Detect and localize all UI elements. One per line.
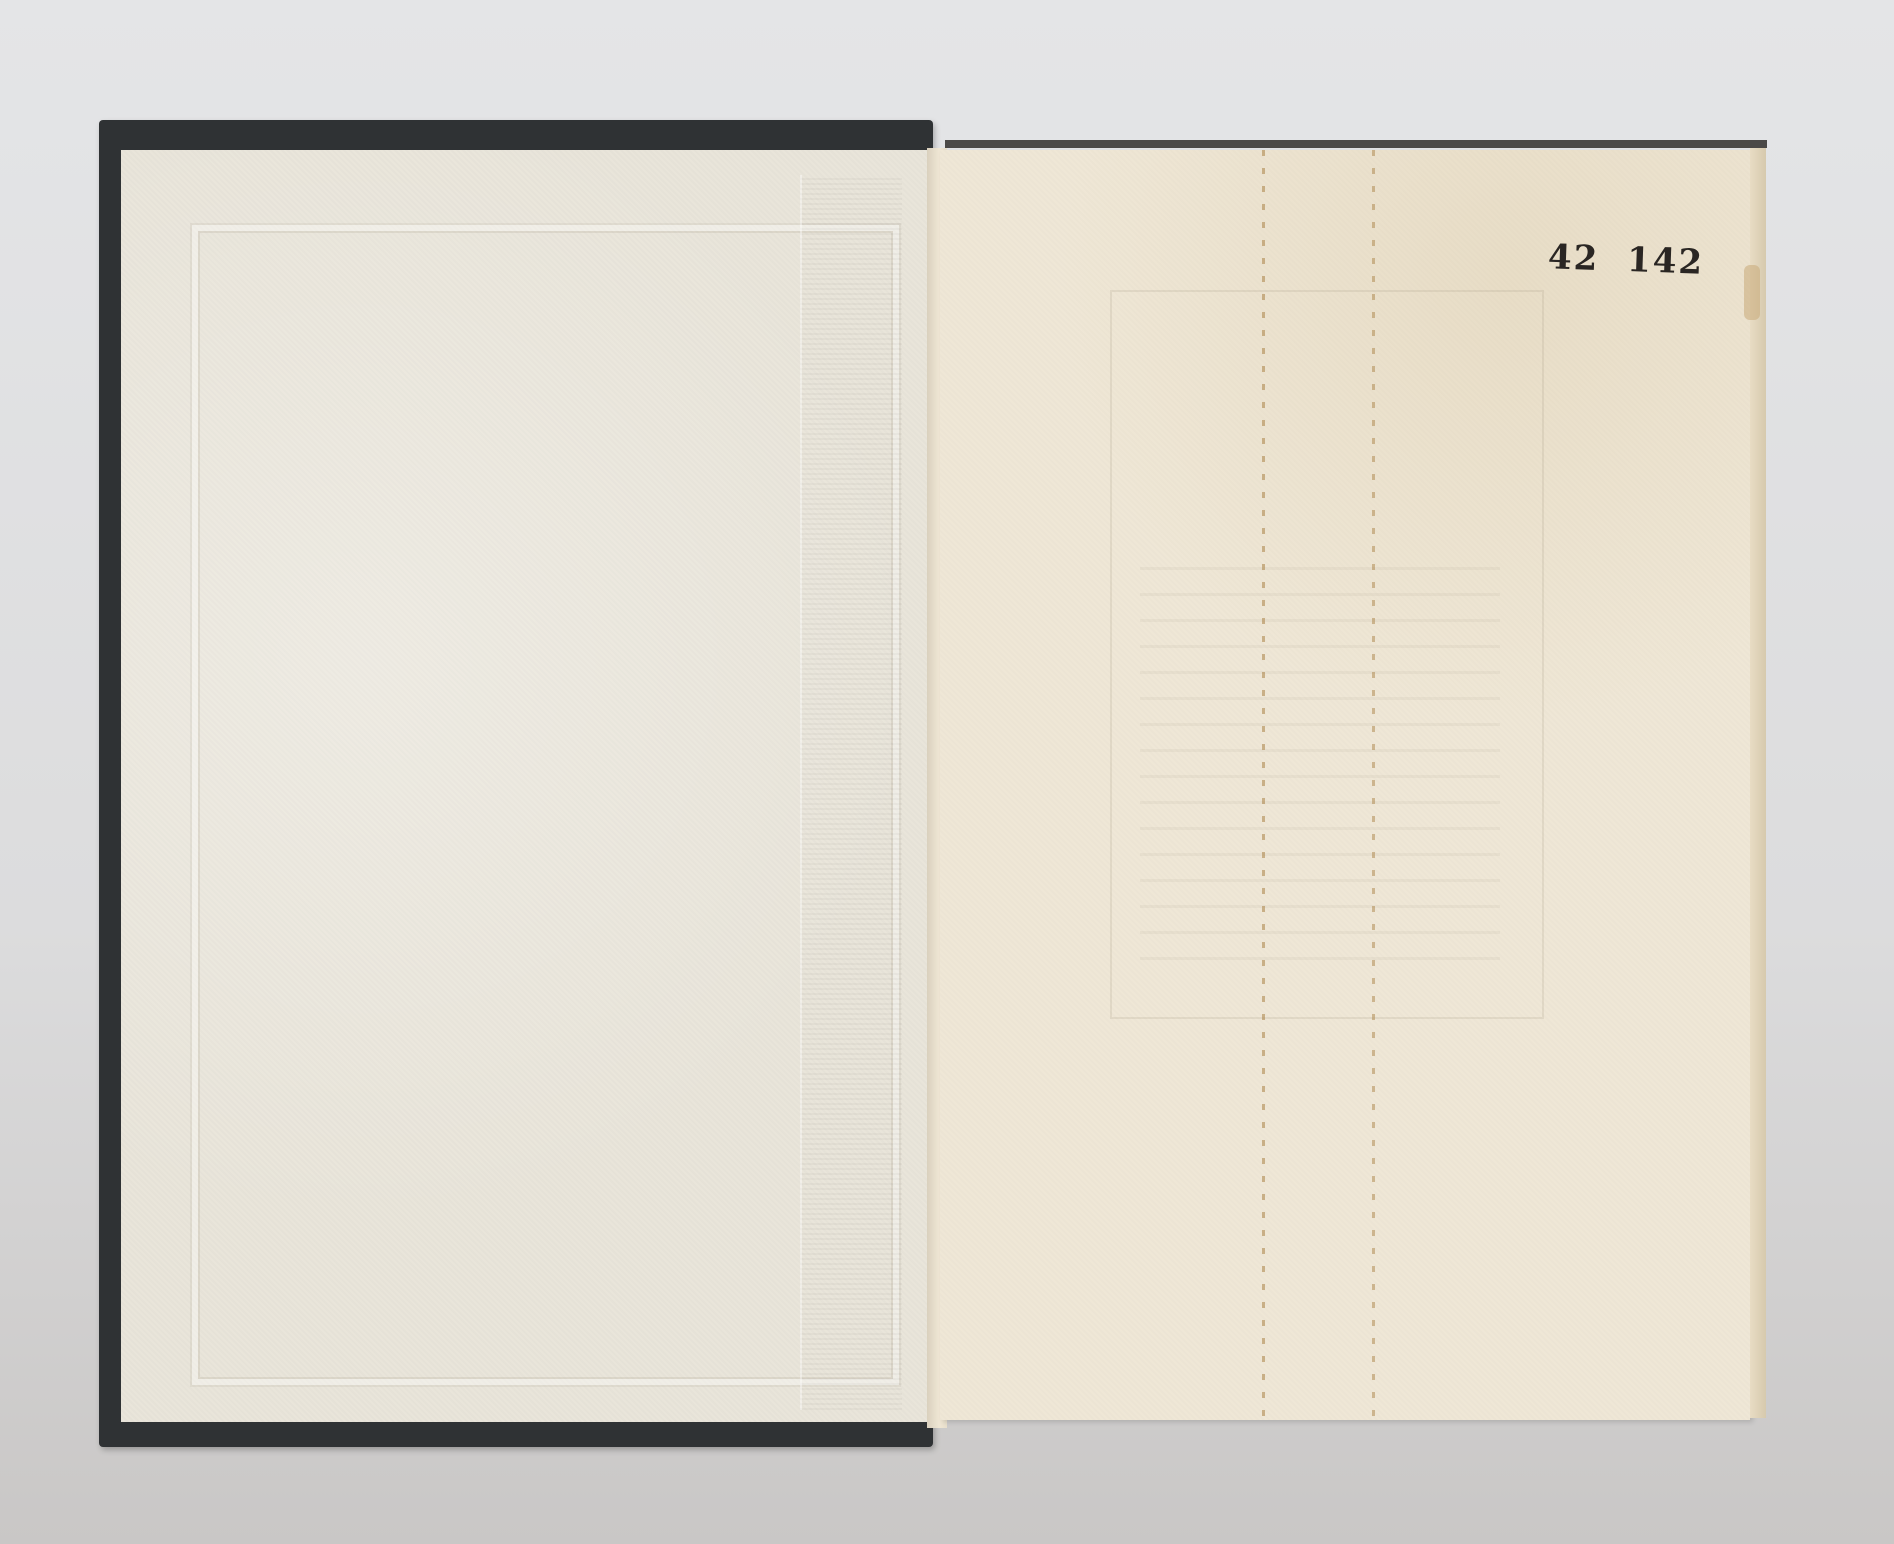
edge-stain <box>1744 265 1760 320</box>
page-fore-edge <box>1750 148 1766 1418</box>
stamped-number: 42 142 <box>1547 237 1704 282</box>
fold-line <box>1372 150 1375 1420</box>
hinge-cloth <box>800 175 902 1410</box>
embossed-frame <box>192 225 899 1385</box>
photo-scene: 42 142 <box>0 0 1894 1544</box>
showthrough-text <box>1140 560 1500 960</box>
text-block-top-edge <box>945 140 1767 148</box>
fold-line <box>1262 150 1265 1420</box>
